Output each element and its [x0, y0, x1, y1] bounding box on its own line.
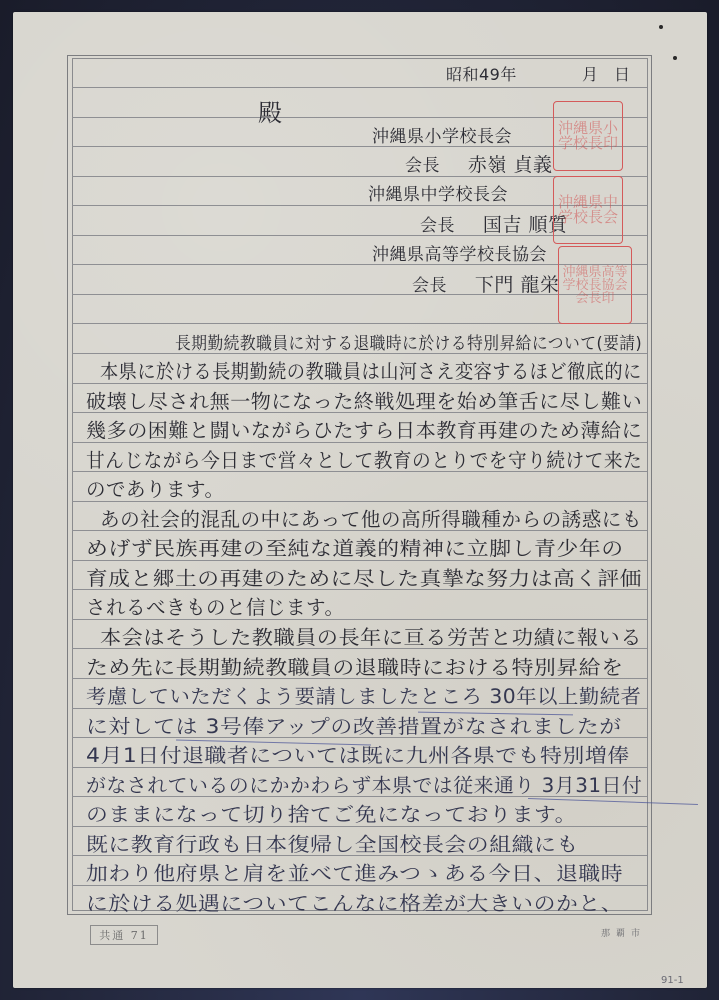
body-line: 考慮していただくよう要請しましたところ 30年以上勤続者 [86, 681, 641, 709]
body-line: 加わり他府県と肩を並べて進みつゝある今日、退職時 [86, 858, 623, 886]
sender-title-3: 会長 下門 龍栄 [412, 270, 559, 297]
form-code-box: 共通 71 [90, 925, 158, 945]
addressee-honorific: 殿 [258, 93, 283, 128]
body-line: 本会はそうした教職員の長年に亘る労苦と功績に報いる [100, 622, 642, 650]
date-month-label: 月 [582, 62, 599, 85]
sender-organization-3: 沖縄県高等学校長協会 [372, 240, 547, 265]
body-line: のであります。 [86, 474, 224, 502]
date-era-year: 昭和49年 [446, 65, 517, 84]
body-line: がなされているのにかかわらず本県では従来通り 3月31日付 [86, 770, 642, 798]
body-line: 幾多の困難と闘いながらひたすら日本教育再建のため薄給に [86, 415, 642, 443]
body-line: ため先に長期勤続教職員の退職時における特別昇給を [86, 652, 624, 680]
sender-name-1: 赤嶺 貞義 [468, 154, 553, 176]
sender-title-1: 会長 赤嶺 貞義 [405, 150, 552, 177]
red-seal-elementary: 沖縄県小学校長印 [553, 101, 623, 171]
punch-hole [659, 25, 663, 29]
date-day-label: 日 [614, 62, 631, 85]
body-line: めげず民族再建の至純な道義的精神に立脚し青少年の [86, 533, 624, 561]
body-line: 破壊し尽され無一物になった終戦処理を始め筆舌に尽し難い [86, 386, 642, 414]
red-seal-high-school: 沖縄県高等学校長協会会長印 [558, 246, 632, 324]
ruled-line [72, 87, 647, 88]
body-line: あの社会的混乱の中にあって他の高所得職種からの誘惑にも [100, 504, 642, 532]
body-line: のままになって切り捨てご免になっております。 [86, 799, 577, 827]
sender-organization-1: 沖縄県小学校長会 [372, 122, 512, 147]
sender-name-3: 下門 龍栄 [475, 274, 560, 296]
body-line: に於ける処遇についてこんなに格差が大きいのかと、 [86, 888, 623, 916]
body-line: されるべきものと信じます。 [86, 592, 344, 620]
punch-hole [673, 56, 677, 60]
subject-line: 長期勤続教職員に対する退職時に於ける特別昇給について(要請) [175, 329, 642, 354]
printer-imprint: 那覇市 [601, 926, 646, 939]
date-line: 昭和49年 月 日 [446, 62, 517, 85]
body-line: 既に教育行政も日本復帰し全国校長会の組織にも [86, 829, 579, 857]
sender-organization-2: 沖縄県中学校長会 [368, 180, 508, 205]
body-line: 甘んじながら今日まで営々として教育のとりでを守り続けて来た [86, 445, 642, 473]
body-line: 本県に於ける長期勤続の教職員は山河さえ変容するほど徹底的に [100, 356, 642, 384]
body-line: 育成と郷土の再建のために尽した真摯な努力は高く評価 [86, 563, 642, 591]
archive-number: 91-1 [661, 975, 684, 986]
red-seal-junior-high: 沖縄県中学校長会 [553, 176, 623, 244]
sender-title-2: 会長 国吉 順質 [420, 210, 567, 237]
